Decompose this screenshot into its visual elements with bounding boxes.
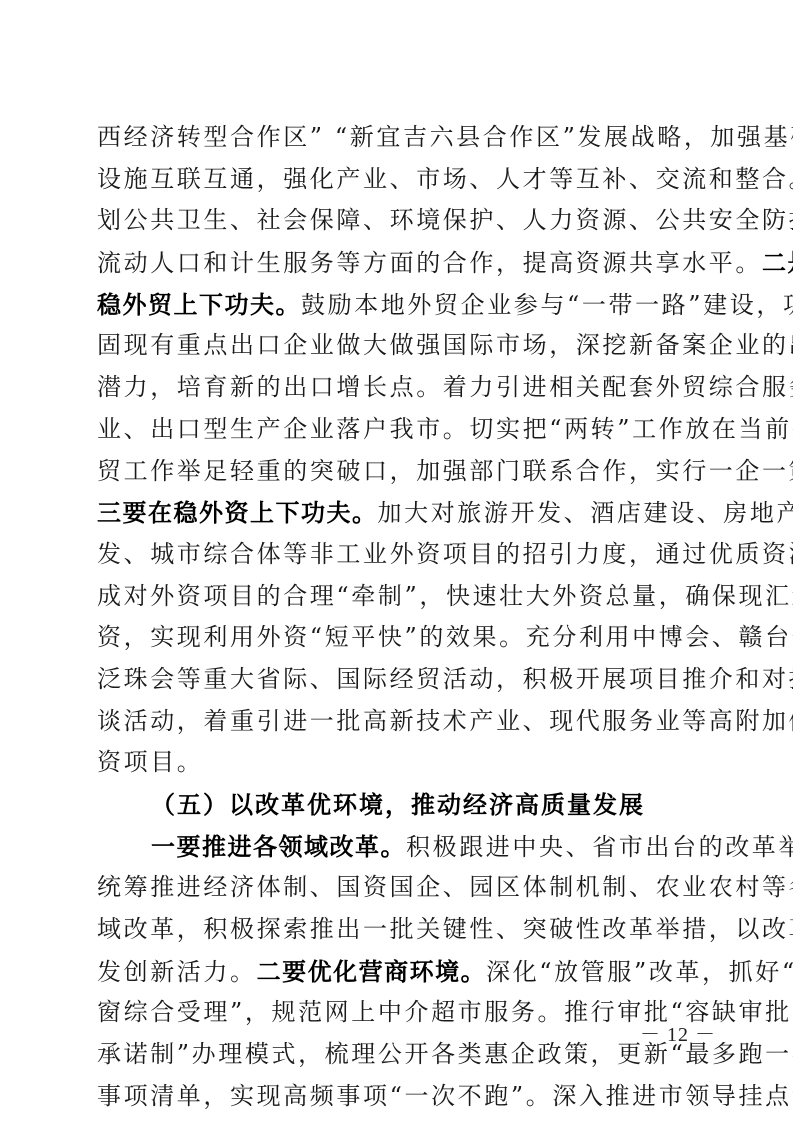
line-text: 贸工作举足轻重的突破口，加强部门联系合作，实行一企一策。 <box>97 457 793 485</box>
text-line: 潜力，培育新的出口增长点。着力引进相关配套外贸综合服务企 <box>97 367 697 409</box>
bold-lead-phrase: 二是在 <box>762 248 793 277</box>
document-page: 西经济转型合作区” “新宜吉六县合作区”发展战略，加强基础 设施互联互通，强化产… <box>0 0 793 1122</box>
bold-lead-phrase: 二要优化营商环境。 <box>257 957 487 986</box>
line-text: 固现有重点出口企业做大做强国际市场，深挖新备案企业的出口 <box>97 331 793 359</box>
line-text: 谈活动，着重引进一批高新技术产业、现代服务业等高附加值外 <box>97 707 793 735</box>
line-text: 深化“放管服”改革，抓好“一 <box>486 958 793 986</box>
line-text: 鼓励本地外贸企业参与“一带一路”建设，巩 <box>301 291 793 319</box>
text-line: 域改革，积极探索推出一批关键性、突破性改革举措，以改革激 <box>97 909 697 951</box>
text-line: 资项目。 <box>97 742 697 784</box>
line-text: 潜力，培育新的出口增长点。着力引进相关配套外贸综合服务企 <box>97 373 793 401</box>
bold-lead-phrase: 稳外贸上下功夫。 <box>97 290 301 319</box>
line-text: 泛珠会等重大省际、国际经贸活动，积极开展项目推介和对接洽 <box>97 665 793 693</box>
text-line: 统筹推进经济体制、国资国企、园区体制机制、农业农村等各领 <box>97 867 697 909</box>
line-text: 发、城市综合体等非工业外资项目的招引力度，通过优质资源形 <box>97 540 793 568</box>
line-text: 业、出口型生产企业落户我市。切实把“两转”工作放在当前外 <box>97 415 793 443</box>
text-line: 业、出口型生产企业落户我市。切实把“两转”工作放在当前外 <box>97 409 697 451</box>
text-line: 流动人口和计生服务等方面的合作，提高资源共享水平。二是在 <box>97 242 697 284</box>
bold-lead-phrase: 一要推进各领域改革。 <box>151 832 406 861</box>
text-line: 成对外资项目的合理“牵制”，快速壮大外资总量，确保现汇进 <box>97 576 697 618</box>
text-line: 谈活动，着重引进一批高新技术产业、现代服务业等高附加值外 <box>97 701 697 743</box>
line-text: 划公共卫生、社会保障、环境保护、人力资源、公共安全防控、 <box>97 206 793 234</box>
text-line: 发、城市综合体等非工业外资项目的招引力度，通过优质资源形 <box>97 534 697 576</box>
line-text: 积极跟进中央、省市出台的改革举措， <box>406 833 793 861</box>
text-line: 资，实现利用外资“短平快”的效果。充分利用中博会、赣台会、 <box>97 617 697 659</box>
text-line: 承诺制”办理模式，梳理公开各类惠企政策，更新“最多跑一次” <box>97 1034 697 1076</box>
page-number: － 12 － <box>640 1018 716 1047</box>
text-line: 贸工作举足轻重的突破口，加强部门联系合作，实行一企一策。 <box>97 451 697 493</box>
body-text: 西经济转型合作区” “新宜吉六县合作区”发展战略，加强基础 设施互联互通，强化产… <box>97 117 697 1118</box>
line-text: 统筹推进经济体制、国资国企、园区体制机制、农业农村等各领 <box>97 873 793 901</box>
line-text: 发创新活力。 <box>97 958 257 986</box>
line-text: 西经济转型合作区” “新宜吉六县合作区”发展战略，加强基础 <box>97 123 793 151</box>
line-text: 资项目。 <box>97 748 203 776</box>
text-line: 窗综合受理”，规范网上中介超市服务。推行审批“容缺审批+ <box>97 992 697 1034</box>
text-line: 事项清单，实现高频事项“一次不跑”。深入推进市领导挂点帮 <box>97 1076 697 1118</box>
line-text: 成对外资项目的合理“牵制”，快速壮大外资总量，确保现汇进 <box>97 582 793 610</box>
text-line: 发创新活力。二要优化营商环境。深化“放管服”改革，抓好“一 <box>97 951 697 993</box>
line-text: 流动人口和计生服务等方面的合作，提高资源共享水平。 <box>97 249 762 277</box>
line-text: 资，实现利用外资“短平快”的效果。充分利用中博会、赣台会、 <box>97 623 793 651</box>
text-line: 一要推进各领域改革。积极跟进中央、省市出台的改革举措， <box>97 826 697 868</box>
text-line: 稳外贸上下功夫。鼓励本地外贸企业参与“一带一路”建设，巩 <box>97 284 697 326</box>
bold-lead-phrase: 三要在稳外资上下功夫。 <box>97 498 378 527</box>
text-line: 固现有重点出口企业做大做强国际市场，深挖新备案企业的出口 <box>97 325 697 367</box>
text-line: 三要在稳外资上下功夫。加大对旅游开发、酒店建设、房地产开 <box>97 492 697 534</box>
text-line: 西经济转型合作区” “新宜吉六县合作区”发展战略，加强基础 <box>97 117 697 159</box>
section-heading: （五）以改革优环境，推动经济高质量发展 <box>97 784 697 826</box>
text-line: 划公共卫生、社会保障、环境保护、人力资源、公共安全防控、 <box>97 200 697 242</box>
line-text: 域改革，积极探索推出一批关键性、突破性改革举措，以改革激 <box>97 915 793 943</box>
line-text: 加大对旅游开发、酒店建设、房地产开 <box>378 499 793 527</box>
text-line: 设施互联互通，强化产业、市场、人才等互补、交流和整合。谋 <box>97 159 697 201</box>
line-text: 设施互联互通，强化产业、市场、人才等互补、交流和整合。谋 <box>97 165 793 193</box>
text-line: 泛珠会等重大省际、国际经贸活动，积极开展项目推介和对接洽 <box>97 659 697 701</box>
line-text: 事项清单，实现高频事项“一次不跑”。深入推进市领导挂点帮 <box>97 1082 793 1110</box>
